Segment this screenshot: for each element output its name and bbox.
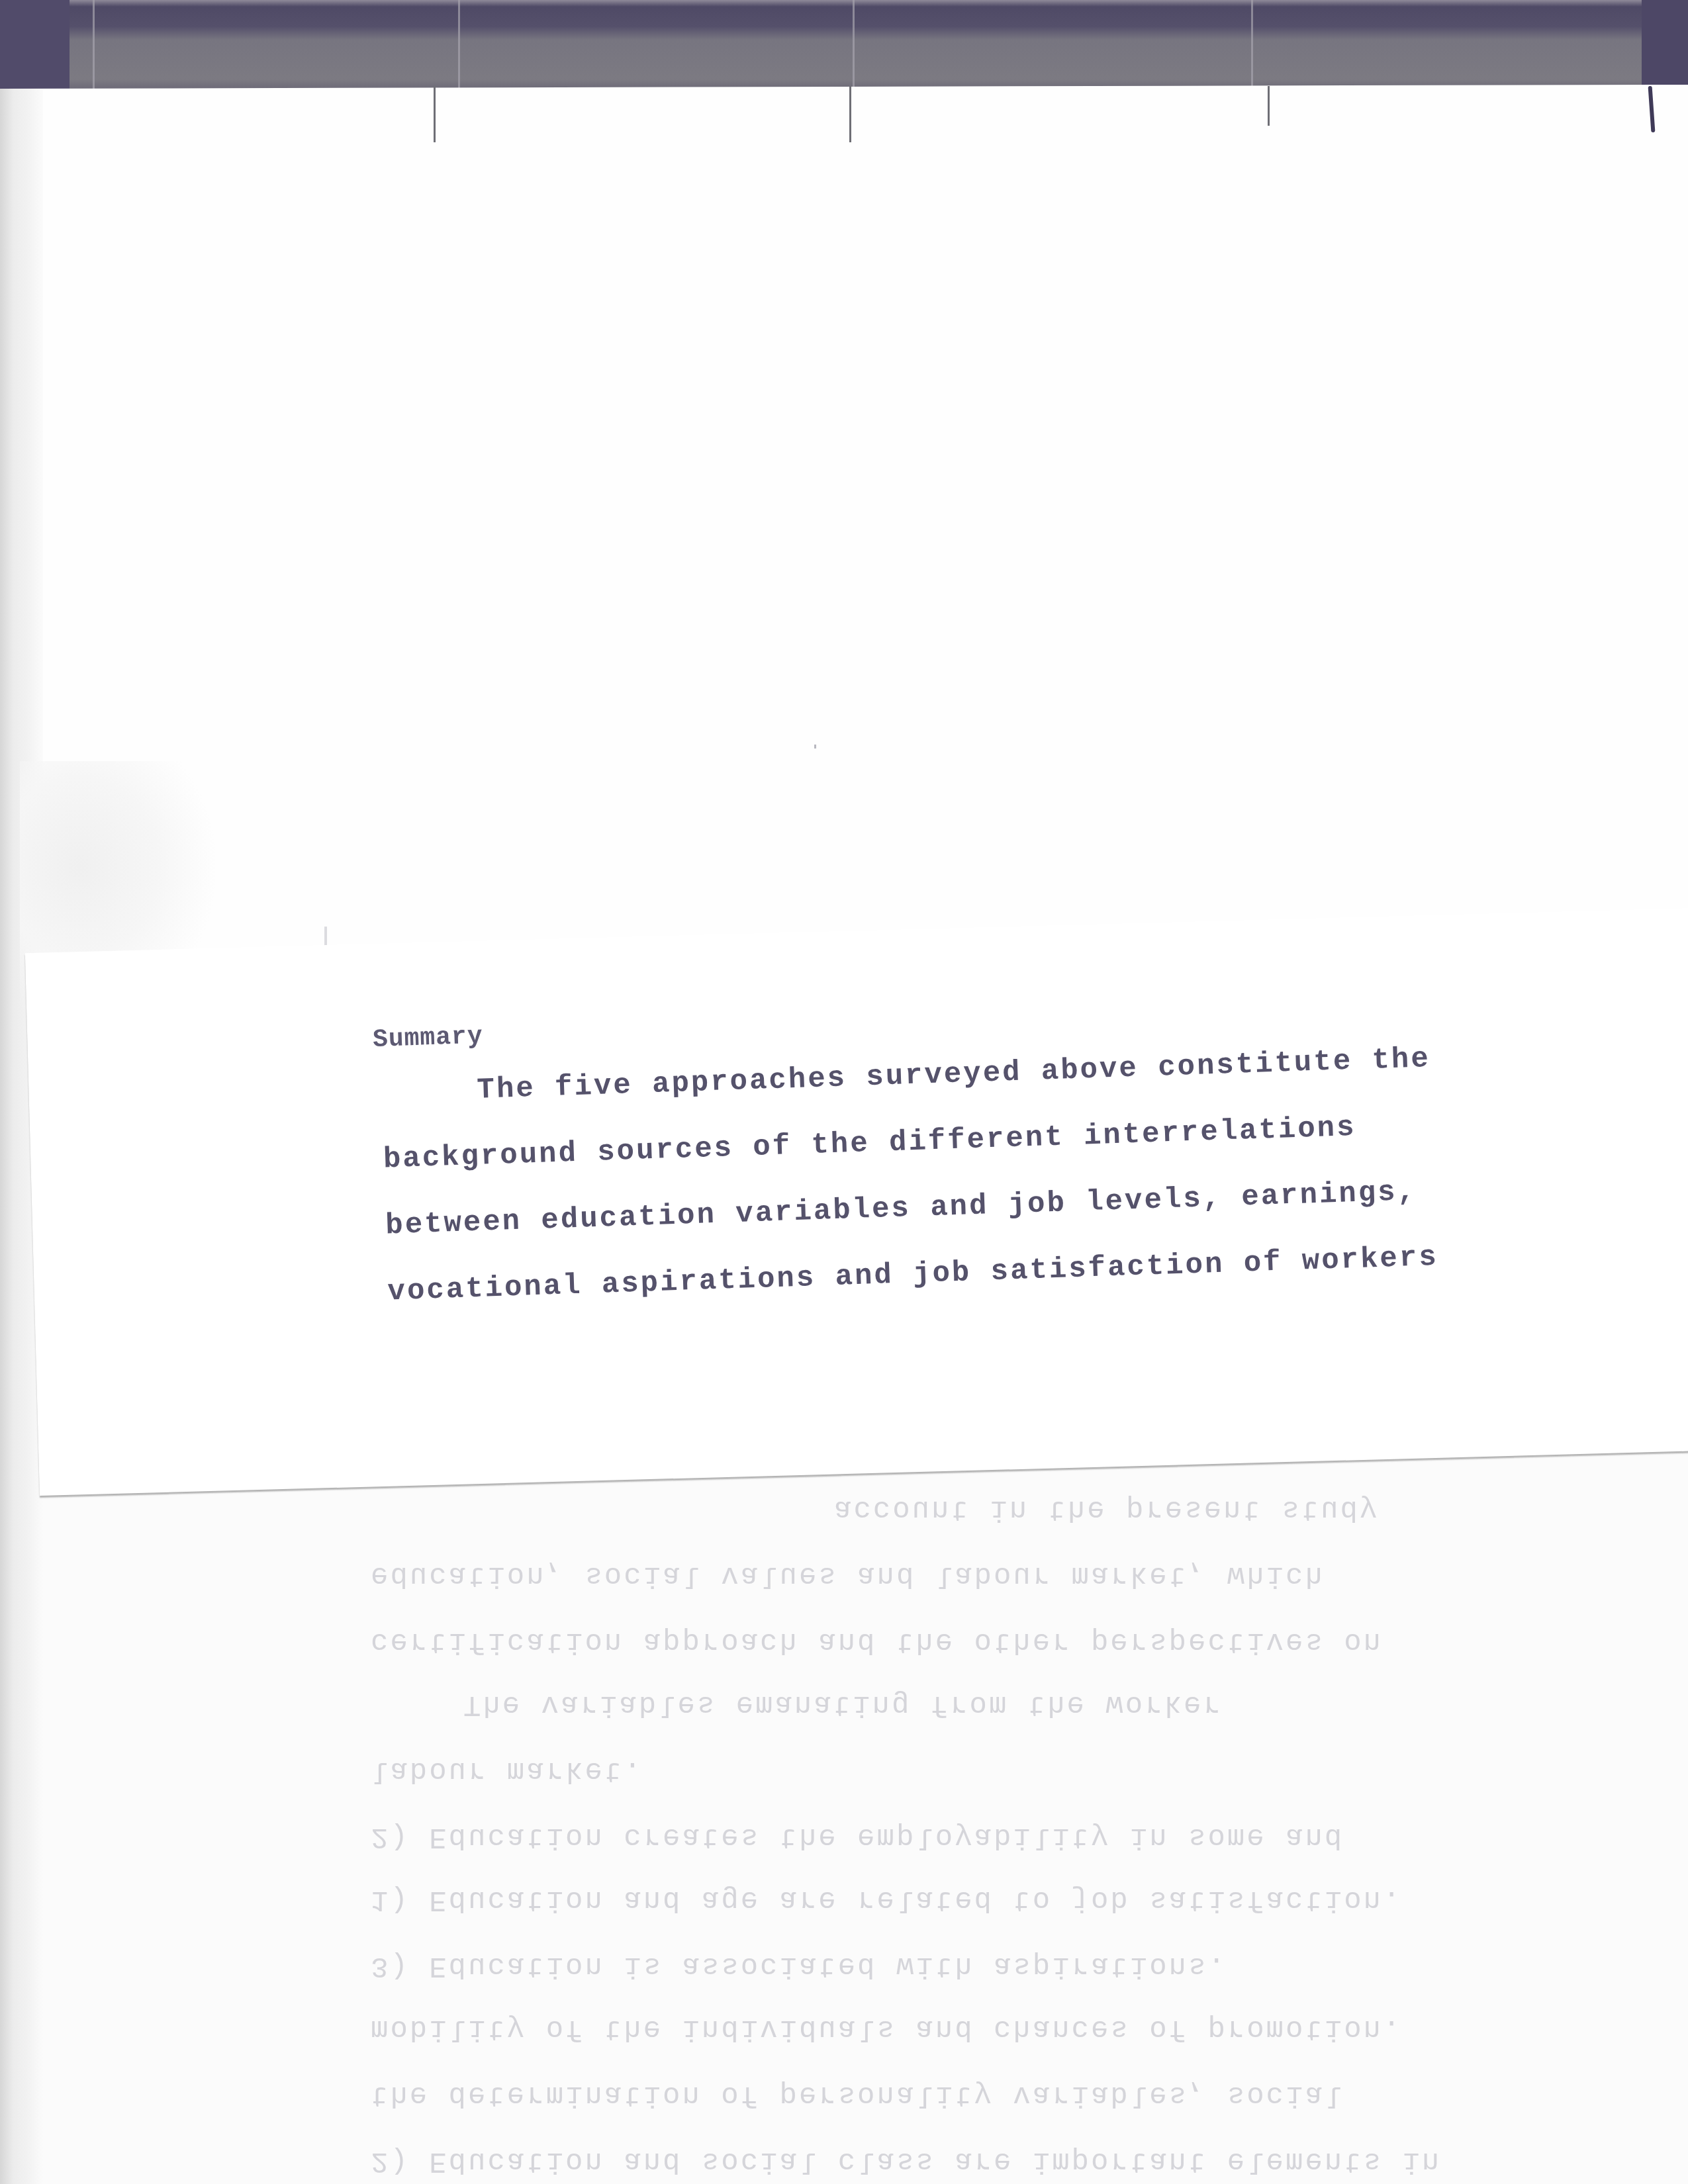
bleed-line: account in the present study [834,1492,1379,1525]
band-divider [853,0,855,89]
page-background [0,85,1688,1011]
bleed-line: mobility of the individuals and chances … [371,2012,1402,2045]
band-right-edge [1642,0,1688,89]
bleed-line: 1) Education and age are related to job … [371,1883,1402,1916]
binding-tab-mark [849,86,851,142]
bleed-line: labour market. [371,1754,643,1787]
bleed-line: 3) Education is associated with aspirati… [371,1949,1227,1982]
bleed-line: the determination of personality variabl… [371,2078,1344,2111]
band-divider [458,0,460,89]
bleed-line: 2) Education creates the employability i… [371,1820,1344,1853]
bleed-line: certification approach and the other per… [371,1625,1383,1658]
bleed-line: education, social values and labour mark… [371,1559,1325,1592]
band-divider [93,0,95,89]
binding-tab-mark [434,86,436,142]
bleed-line: 2) Education and social class are import… [371,2144,1441,2177]
binding-tab-mark [1268,86,1270,126]
section-heading: Summary [372,1022,483,1054]
scan-speck [814,745,816,749]
band-divider [1251,0,1253,89]
scanner-lid-band [0,0,1688,89]
bleed-through-text: 2) Education and social class are import… [371,1423,1496,2184]
band-left-edge [0,0,70,89]
bleed-line: The variables emanating from the worker [463,1688,1223,1721]
